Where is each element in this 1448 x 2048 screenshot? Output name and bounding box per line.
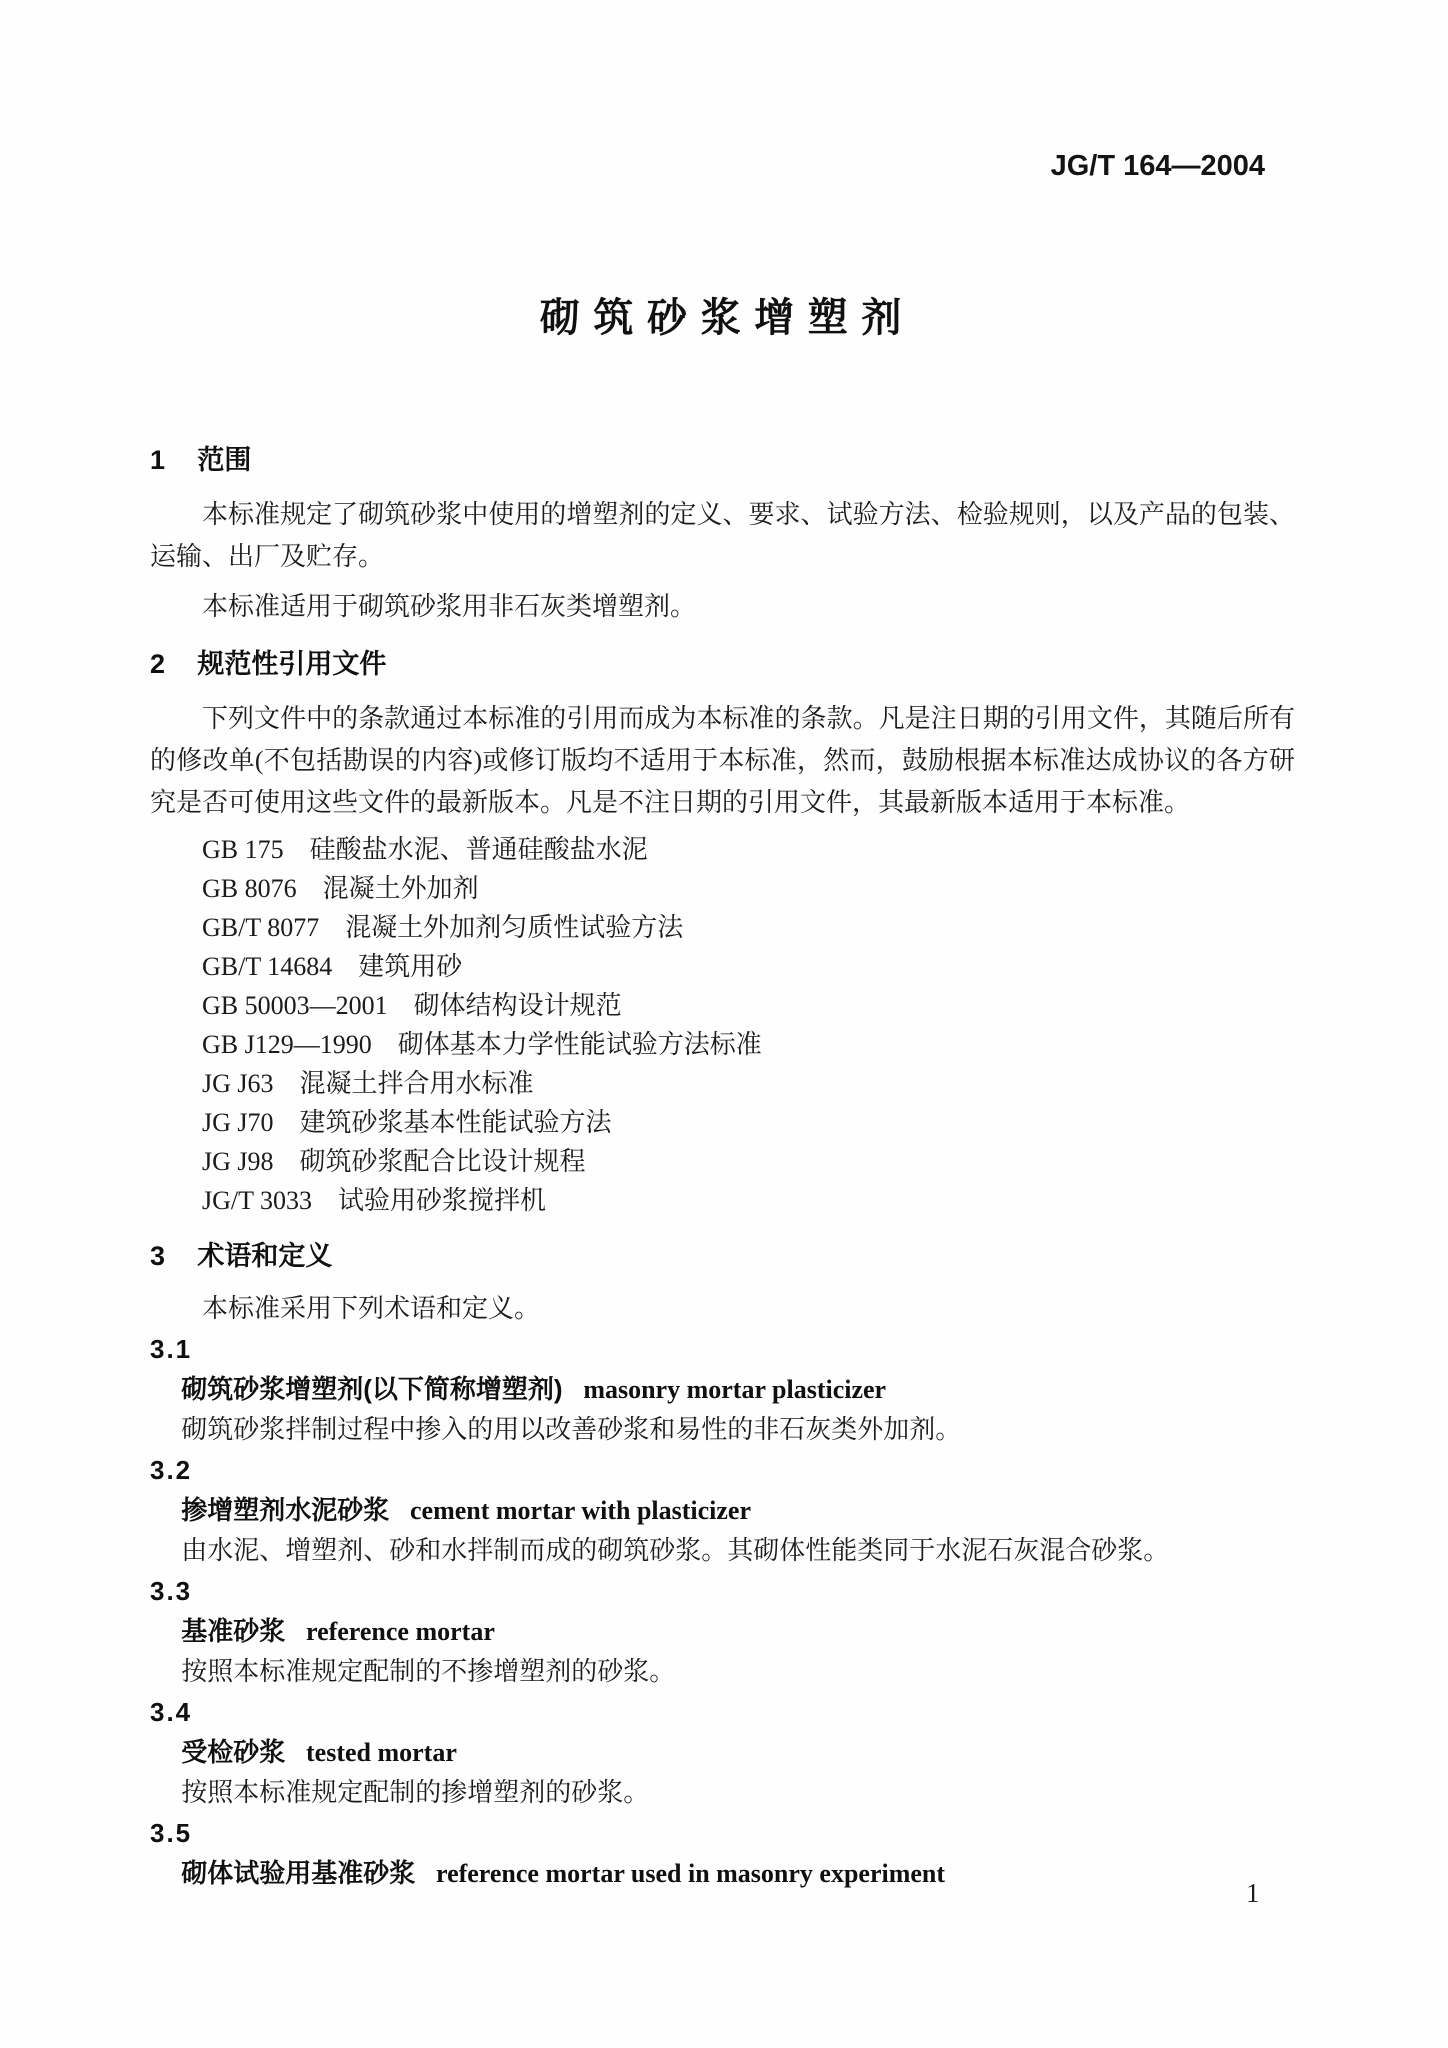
- reference-code: GB 175: [202, 835, 284, 864]
- reference-item: GB 8076混凝土外加剂: [150, 869, 1295, 908]
- term-3-2: 3.2 掺增塑剂水泥砂浆cement mortar with plasticiz…: [150, 1450, 1295, 1571]
- reference-item: GB J129—1990砌体基本力学性能试验方法标准: [150, 1025, 1295, 1064]
- term-number: 3.5: [150, 1813, 1295, 1853]
- section-title: 术语和定义: [197, 1241, 332, 1271]
- term-english: tested mortar: [306, 1738, 457, 1767]
- term-definition: 由水泥、增塑剂、砂和水拌制而成的砌筑砂浆。其砌体性能类同于水泥石灰混合砂浆。: [150, 1531, 1295, 1571]
- document-title: 砌筑砂浆增塑剂: [7, 286, 1448, 343]
- term-line: 基准砂浆reference mortar: [150, 1611, 1295, 1652]
- reference-item: JG/T 3033试验用砂浆搅拌机: [150, 1181, 1295, 1220]
- term-number: 3.4: [150, 1692, 1295, 1732]
- term-chinese: 掺增塑剂水泥砂浆: [181, 1495, 389, 1525]
- reference-title: 砌体结构设计规范: [414, 991, 622, 1020]
- reference-item: GB 175硅酸盐水泥、普通硅酸盐水泥: [150, 830, 1295, 869]
- term-definition: 按照本标准规定配制的掺增塑剂的砂浆。: [150, 1773, 1295, 1813]
- term-english: reference mortar: [306, 1617, 495, 1646]
- section-1-heading: 1范围: [150, 440, 1295, 480]
- reference-code: JG/T 3033: [202, 1186, 312, 1215]
- term-definition: 按照本标准规定配制的不掺增塑剂的砂浆。: [150, 1652, 1295, 1692]
- term-line: 砌筑砂浆增塑剂(以下简称增塑剂)masonry mortar plasticiz…: [150, 1369, 1295, 1410]
- section-title: 范围: [197, 445, 251, 475]
- page-number: 1: [1246, 1878, 1260, 1909]
- section-3-heading: 3术语和定义: [150, 1236, 1295, 1276]
- section-2-heading: 2规范性引用文件: [150, 644, 1295, 684]
- document-body: 1范围 本标准规定了砌筑砂浆中使用的增塑剂的定义、要求、试验方法、检验规则，以及…: [150, 440, 1295, 1894]
- reference-item: JG J63混凝土拌合用水标准: [150, 1064, 1295, 1103]
- reference-title: 砌体基本力学性能试验方法标准: [398, 1030, 762, 1059]
- reference-item: JG J70建筑砂浆基本性能试验方法: [150, 1103, 1295, 1142]
- reference-title: 混凝土外加剂匀质性试验方法: [345, 913, 683, 942]
- term-3-1: 3.1 砌筑砂浆增塑剂(以下简称增塑剂)masonry mortar plast…: [150, 1329, 1295, 1450]
- section-number: 3: [150, 1236, 165, 1276]
- reference-code: GB/T 8077: [202, 913, 319, 942]
- reference-title: 试验用砂浆搅拌机: [338, 1186, 546, 1215]
- terms-intro-paragraph: 本标准采用下列术语和定义。: [150, 1289, 1295, 1329]
- term-3-5: 3.5 砌体试验用基准砂浆reference mortar used in ma…: [150, 1813, 1295, 1894]
- standard-code: JG/T 164—2004: [1051, 150, 1265, 183]
- term-chinese: 砌筑砂浆增塑剂(以下简称增塑剂): [181, 1374, 562, 1404]
- document-page: JG/T 164—2004 砌筑砂浆增塑剂 1范围 本标准规定了砌筑砂浆中使用的…: [0, 0, 1448, 2048]
- references-intro-paragraph: 下列文件中的条款通过本标准的引用而成为本标准的条款。凡是注日期的引用文件，其随后…: [150, 698, 1295, 824]
- reference-code: GB/T 14684: [202, 952, 332, 981]
- section-number: 1: [150, 440, 165, 480]
- section-title: 规范性引用文件: [197, 649, 386, 679]
- reference-title: 硅酸盐水泥、普通硅酸盐水泥: [310, 835, 648, 864]
- reference-title: 建筑用砂: [358, 952, 462, 981]
- term-line: 受检砂浆tested mortar: [150, 1732, 1295, 1773]
- reference-code: JG J70: [202, 1108, 274, 1137]
- reference-item: GB/T 8077混凝土外加剂匀质性试验方法: [150, 908, 1295, 947]
- reference-item: GB/T 14684建筑用砂: [150, 947, 1295, 986]
- term-chinese: 基准砂浆: [181, 1616, 285, 1646]
- scope-paragraph-2: 本标准适用于砌筑砂浆用非石灰类增塑剂。: [150, 586, 1295, 628]
- term-definition: 砌筑砂浆拌制过程中掺入的用以改善砂浆和易性的非石灰类外加剂。: [150, 1410, 1295, 1450]
- reference-item: JG J98砌筑砂浆配合比设计规程: [150, 1142, 1295, 1181]
- term-number: 3.3: [150, 1571, 1295, 1611]
- reference-title: 砌筑砂浆配合比设计规程: [300, 1147, 586, 1176]
- term-chinese: 受检砂浆: [181, 1737, 285, 1767]
- reference-code: JG J98: [202, 1147, 274, 1176]
- section-number: 2: [150, 644, 165, 684]
- term-3-3: 3.3 基准砂浆reference mortar 按照本标准规定配制的不掺增塑剂…: [150, 1571, 1295, 1692]
- term-3-4: 3.4 受检砂浆tested mortar 按照本标准规定配制的掺增塑剂的砂浆。: [150, 1692, 1295, 1813]
- reference-title: 建筑砂浆基本性能试验方法: [300, 1108, 612, 1137]
- reference-title: 混凝土拌合用水标准: [300, 1069, 534, 1098]
- term-line: 掺增塑剂水泥砂浆cement mortar with plasticizer: [150, 1490, 1295, 1531]
- reference-title: 混凝土外加剂: [323, 874, 479, 903]
- scope-paragraph-1: 本标准规定了砌筑砂浆中使用的增塑剂的定义、要求、试验方法、检验规则，以及产品的包…: [150, 494, 1295, 578]
- reference-list: GB 175硅酸盐水泥、普通硅酸盐水泥 GB 8076混凝土外加剂 GB/T 8…: [150, 830, 1295, 1220]
- term-line: 砌体试验用基准砂浆reference mortar used in masonr…: [150, 1853, 1295, 1894]
- reference-code: JG J63: [202, 1069, 274, 1098]
- reference-item: GB 50003—2001砌体结构设计规范: [150, 986, 1295, 1025]
- term-number: 3.1: [150, 1329, 1295, 1369]
- term-english: cement mortar with plasticizer: [410, 1496, 751, 1525]
- term-english: masonry mortar plasticizer: [583, 1375, 886, 1404]
- term-chinese: 砌体试验用基准砂浆: [181, 1858, 415, 1888]
- term-english: reference mortar used in masonry experim…: [436, 1859, 945, 1888]
- reference-code: GB 8076: [202, 874, 297, 903]
- reference-code: GB J129—1990: [202, 1030, 372, 1059]
- term-number: 3.2: [150, 1450, 1295, 1490]
- reference-code: GB 50003—2001: [202, 991, 388, 1020]
